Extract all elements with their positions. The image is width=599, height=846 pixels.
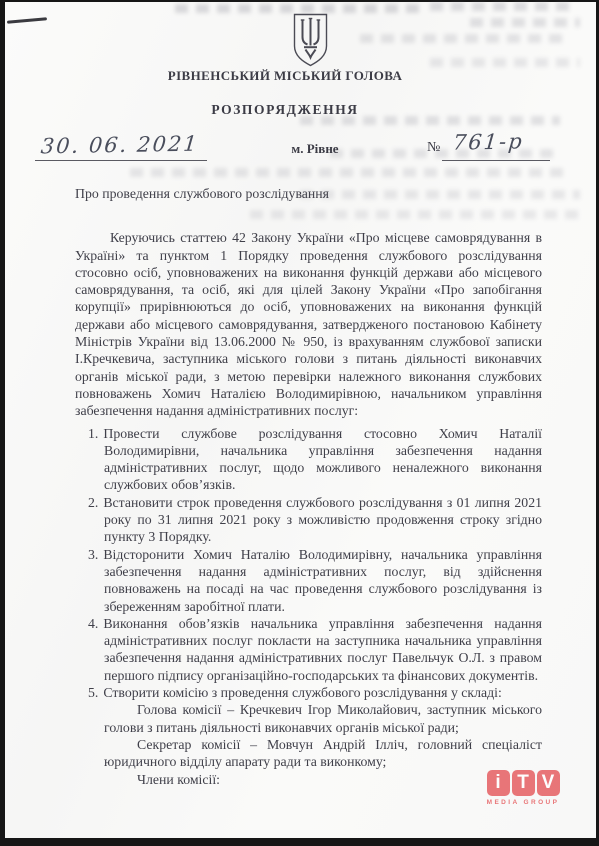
order-item-1: 1.Провести службове розслідування стосов… bbox=[75, 425, 542, 494]
preamble-paragraph: Керуючись статтею 42 Закону України «Про… bbox=[75, 229, 542, 419]
item-number: 5. bbox=[88, 685, 98, 700]
number-underline bbox=[442, 160, 550, 161]
bleedthrough-line bbox=[430, 2, 575, 11]
number-sign-label: № bbox=[427, 140, 440, 156]
commission-head: Голова комісії – Кречкевич Ігор Миколайо… bbox=[104, 701, 542, 736]
order-item-5: 5.Створити комісію з проведення службово… bbox=[75, 684, 542, 701]
issuing-authority: РІВНЕНСЬКИЙ МІСЬКИЙ ГОЛОВА bbox=[75, 68, 495, 84]
handwritten-date: 30. 06. 2021 bbox=[40, 132, 200, 159]
item-text: Створити комісію з проведення службового… bbox=[103, 685, 501, 700]
commission-secretary: Секретар комісії – Мовчун Андрій Ілліч, … bbox=[104, 736, 542, 771]
handwritten-number: 761-р bbox=[452, 129, 525, 154]
item-number: 3. bbox=[88, 547, 98, 562]
item-number: 2. bbox=[88, 495, 98, 510]
item-text: Виконання обов’язків начальника управлін… bbox=[103, 616, 542, 683]
bleedthrough-line bbox=[470, 18, 580, 27]
item-number: 4. bbox=[88, 616, 98, 631]
item-text: Встановити строк проведення службового р… bbox=[103, 495, 542, 545]
itv-letter-v: V bbox=[537, 770, 560, 796]
itv-letter-i: i bbox=[487, 770, 510, 796]
ukraine-trident-emblem bbox=[292, 12, 329, 68]
date-underline bbox=[35, 160, 207, 161]
item-text: Відсторонити Хомич Наталію Володимирівну… bbox=[103, 547, 542, 614]
pen-mark bbox=[7, 17, 47, 24]
itv-logo-tiles: i T V bbox=[485, 770, 561, 796]
item-text: Провести службове розслідування стосовно… bbox=[103, 426, 542, 493]
order-item-4: 4.Виконання обов’язків начальника управл… bbox=[75, 615, 542, 684]
scanned-document: РІВНЕНСЬКИЙ МІСЬКИЙ ГОЛОВА РОЗПОРЯДЖЕННЯ… bbox=[0, 0, 599, 846]
place-of-issue: м. Рівне bbox=[235, 141, 395, 157]
document-subject: Про проведення службового розслідування bbox=[75, 185, 542, 202]
item-number: 1. bbox=[88, 426, 98, 441]
bleedthrough-line bbox=[430, 58, 580, 67]
document-type-title: РОЗПОРЯДЖЕННЯ bbox=[75, 102, 495, 118]
bleedthrough-line bbox=[130, 168, 570, 177]
itv-letter-t: T bbox=[512, 770, 535, 796]
itv-media-group-logo: i T V MEDIA GROUP bbox=[485, 770, 561, 806]
itv-logo-caption: MEDIA GROUP bbox=[485, 799, 561, 806]
bleedthrough-line bbox=[360, 34, 570, 43]
document-body: Про проведення службового розслідування … bbox=[75, 185, 542, 788]
commission-members-label: Члени комісії: bbox=[104, 771, 542, 788]
order-item-3: 3.Відсторонити Хомич Наталію Володимирів… bbox=[75, 546, 542, 615]
document-page: РІВНЕНСЬКИЙ МІСЬКИЙ ГОЛОВА РОЗПОРЯДЖЕННЯ… bbox=[5, 2, 596, 838]
order-item-2: 2.Встановити строк проведення службового… bbox=[75, 494, 542, 546]
